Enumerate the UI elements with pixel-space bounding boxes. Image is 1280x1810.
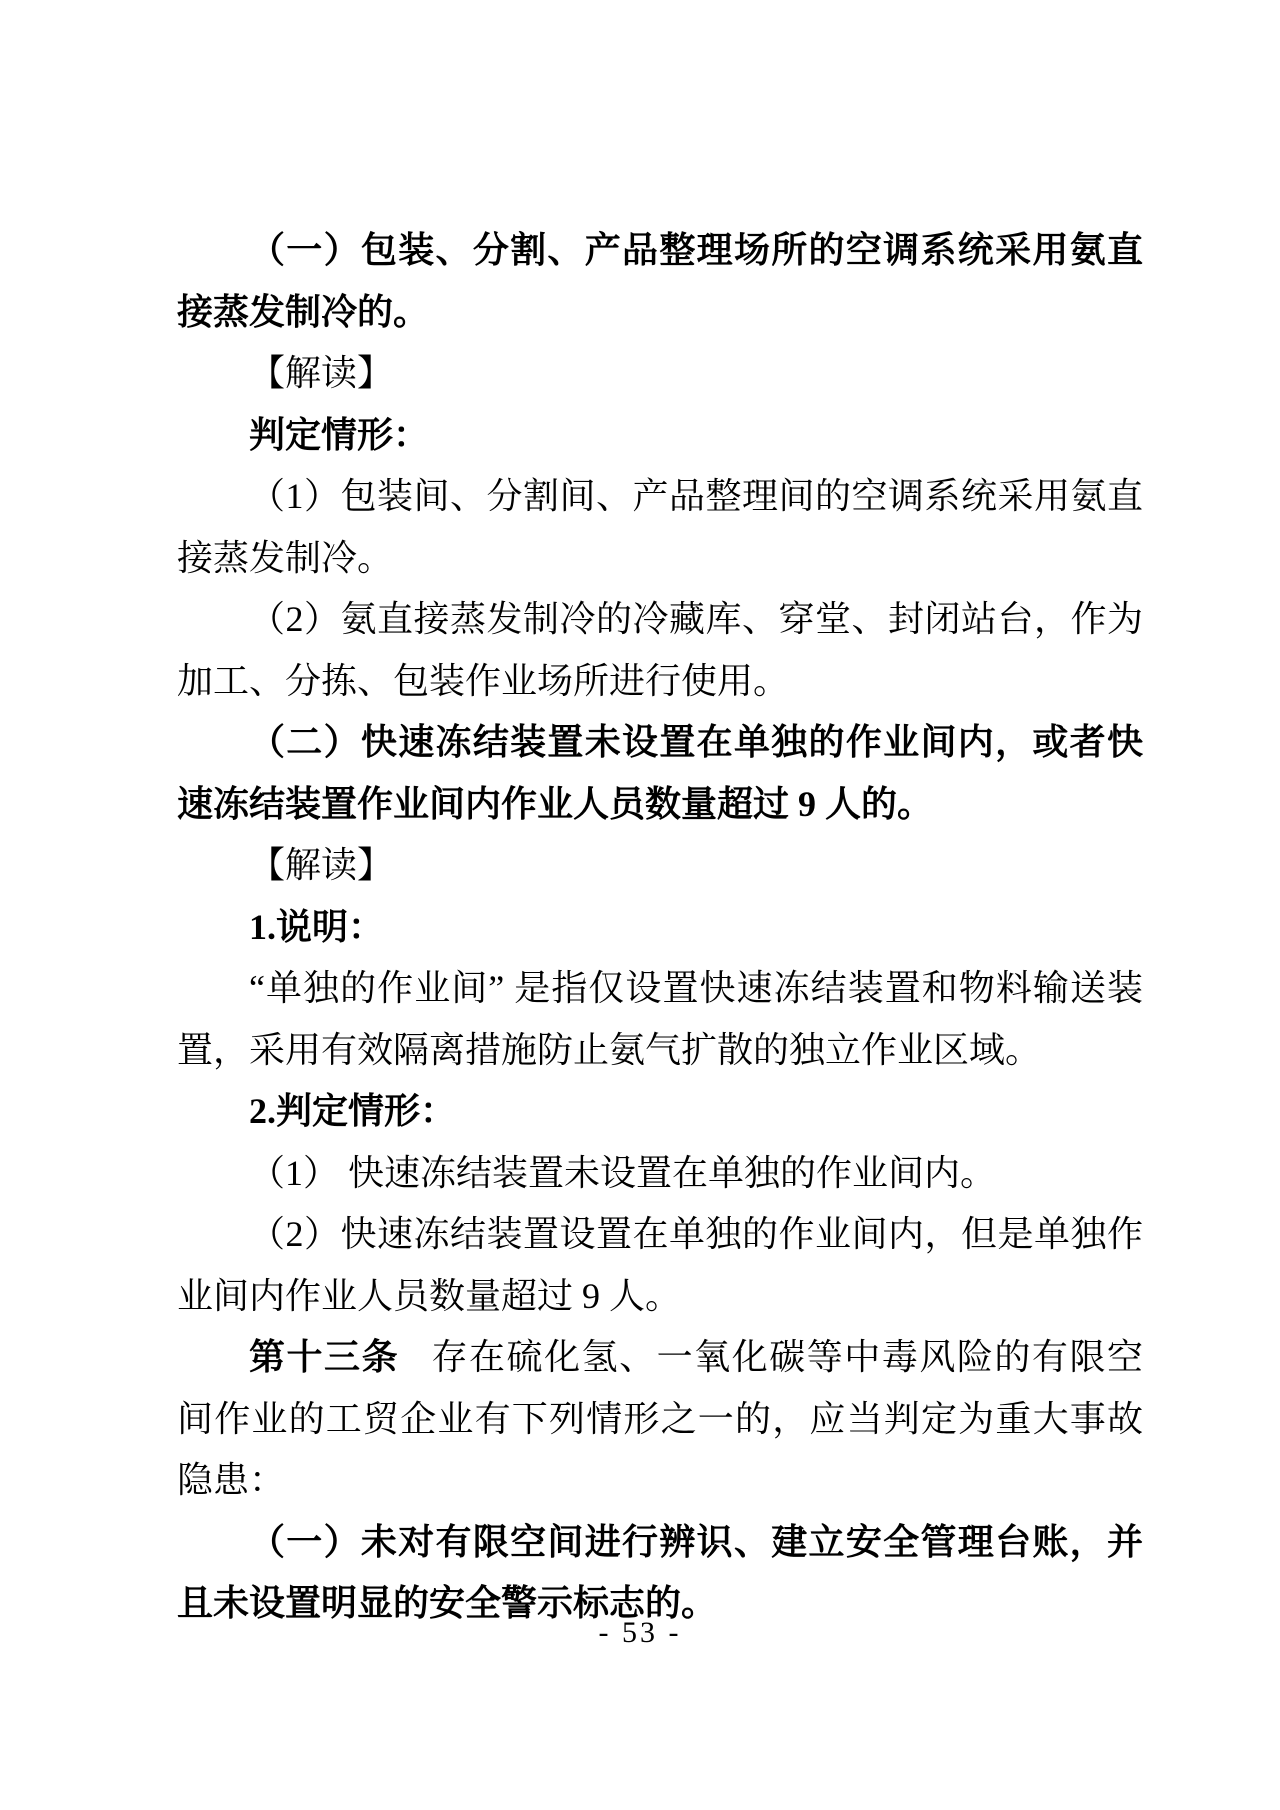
judgment-heading-1: 判定情形： <box>177 405 1143 467</box>
judgment-case-1-2: （2）氨直接蒸发制冷的冷藏库、穿堂、封闭站台，作为加工、分拣、包装作业场所进行使… <box>177 589 1143 712</box>
interpretation-label-2: 【解读】 <box>177 835 1143 897</box>
document-page: （一）包装、分割、产品整理场所的空调系统采用氨直接蒸发制冷的。 【解读】 判定情… <box>0 0 1280 1810</box>
interpretation-label-1: 【解读】 <box>177 343 1143 405</box>
clause-item-2: （二）快速冻结装置未设置在单独的作业间内，或者快速冻结装置作业间内作业人员数量超… <box>177 712 1143 835</box>
judgment-case-2-2: （2）快速冻结装置设置在单独的作业间内，但是单独作业间内作业人员数量超过 9 人… <box>177 1204 1143 1327</box>
page-number: - 53 - <box>0 1616 1280 1650</box>
judgment-heading-2: 2.判定情形： <box>177 1081 1143 1143</box>
document-text-block: （一）包装、分割、产品整理场所的空调系统采用氨直接蒸发制冷的。 【解读】 判定情… <box>177 220 1143 1635</box>
explanation-body: “单独的作业间” 是指仅设置快速冻结装置和物料输送装置，采用有效隔离措施防止氨气… <box>177 958 1143 1081</box>
article-13-paragraph: 第十三条存在硫化氢、一氧化碳等中毒风险的有限空间作业的工贸企业有下列情形之一的，… <box>177 1327 1143 1512</box>
judgment-case-2-1: （1） 快速冻结装置未设置在单独的作业间内。 <box>177 1143 1143 1205</box>
explanation-heading: 1.说明： <box>177 897 1143 959</box>
judgment-case-1-1: （1）包装间、分割间、产品整理间的空调系统采用氨直接蒸发制冷。 <box>177 466 1143 589</box>
article-13-number: 第十三条 <box>249 1337 399 1377</box>
clause-item-1: （一）包装、分割、产品整理场所的空调系统采用氨直接蒸发制冷的。 <box>177 220 1143 343</box>
